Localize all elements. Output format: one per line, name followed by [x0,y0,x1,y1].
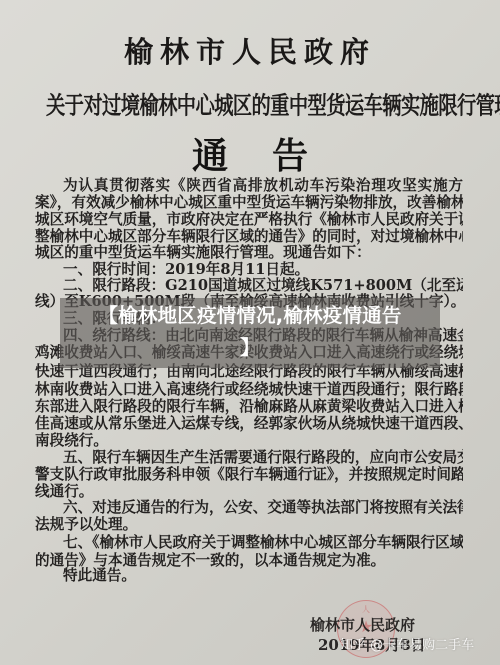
body-line: 警支队行政审批服务科申领《限行车辆通行证》，并按照规定时间路 [35,466,463,484]
signature-issuer: 榆林市人民政府 [310,614,415,635]
watermark: 知乎 @卡车易购二手车 [340,634,474,653]
body-line: 东部进入限行路段的限行车辆，沿榆麻路从麻黄梁收费站入口进入榆 [35,398,463,416]
body-line-precedence: 七、《榆林市人民政府关于调整榆林中心城区部分车辆限行区域 [63,534,463,552]
notice-type-heading: 通告 [0,128,500,179]
body-line: 林南收费站入口进入高速绕行或经绕城快速干道西段通行；限行路段 [35,381,463,399]
body-line: 佳高速或从常乐堡进入运煤专线，经郭家伙场从绕城快速干道西段、 [35,415,463,433]
overlay-title-line2: 】 [60,332,440,364]
body-line-permit: 五、限行车辆因生产生活需要通行限行路段的，应向市公安局交 [63,449,463,467]
body-line: 城区环境空气质量，市政府决定在严格执行《榆林市人民政府关于调 [35,211,463,229]
issuer-heading: 榆林市人民政府 [0,30,500,71]
body-line: 南段绕行。 [35,432,463,450]
body-line-closing: 特此通告。 [63,567,463,585]
overlay-title-line1: 【榆林地区疫情情况,榆林疫情通告 [60,300,440,332]
body-line: 为认真贯彻落实《陕西省高排放机动车污染治理攻坚实施方 [63,177,463,195]
body-line: 城区的重中型货运车辆实施限行管理。现通告如下： [35,244,463,262]
body-line-violation: 六、对违反通告的行为，公安、交通等执法部门将按照有关法律 [63,499,463,517]
body-line: 法规予以处理。 [35,516,463,534]
overlay-title: 【榆林地区疫情情况,榆林疫情通告 】 [60,300,440,364]
notice-subtitle: 关于对过境榆林中心城区的重中型货运车辆实施限行管理的 [46,86,456,121]
body-line: 案》，有效减少榆林中心城区重中型货运车辆污染物排放，改善榆林 [35,194,463,212]
